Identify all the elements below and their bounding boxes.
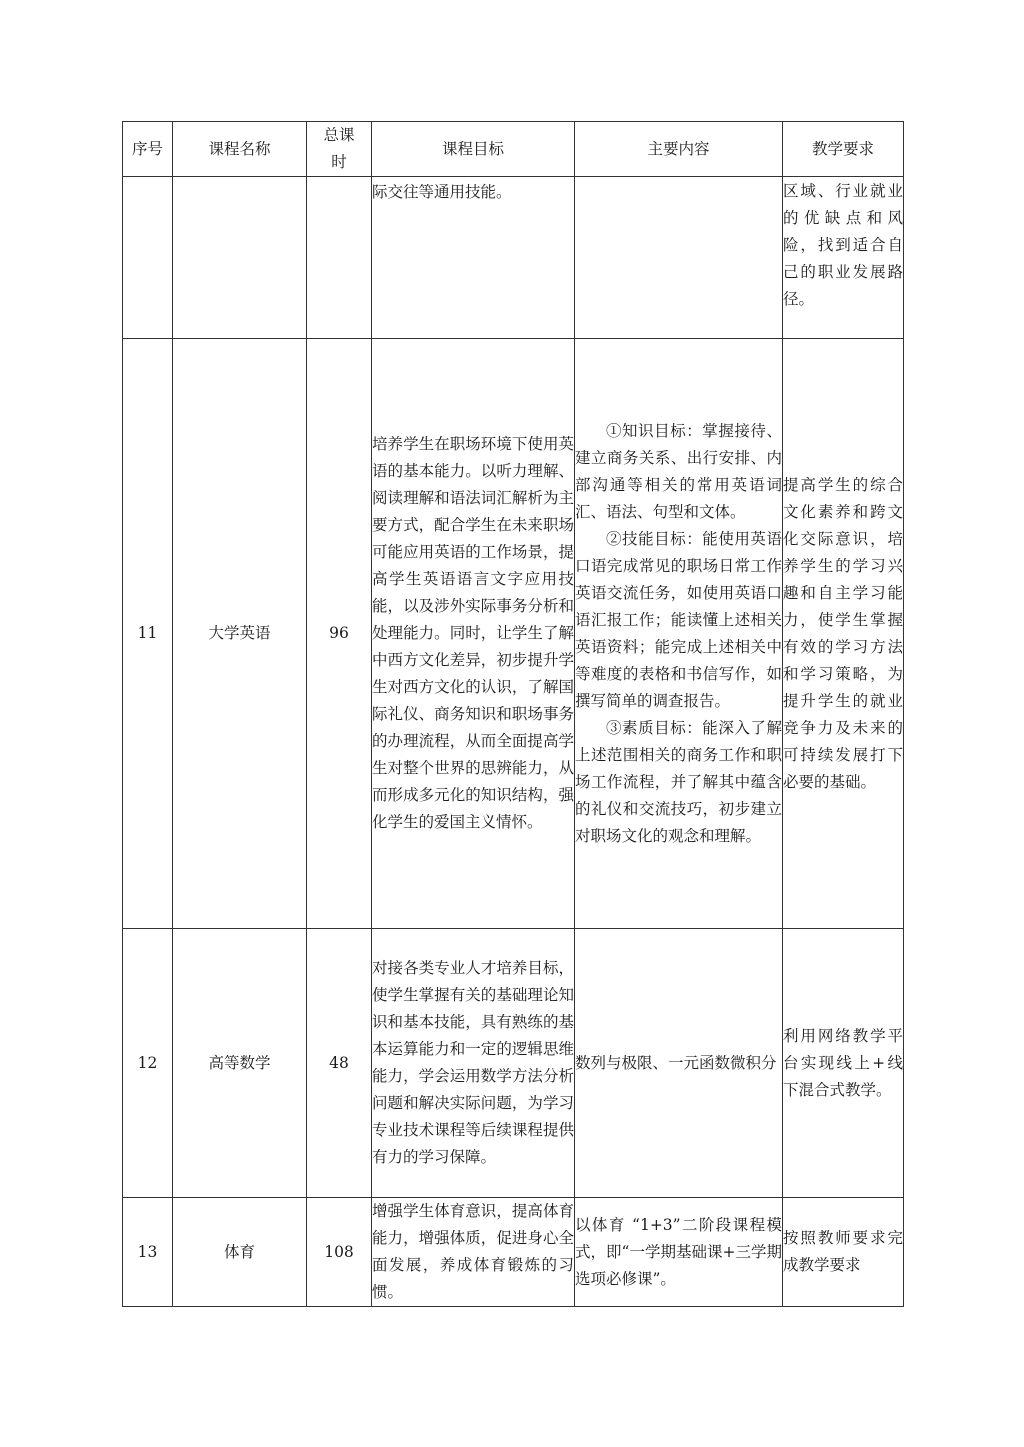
cell-requirement: 按照教师要求完成教学要求 [783,1198,904,1307]
cell-name: 体育 [173,1198,307,1307]
cell-content: 以体育 “1+3”二阶段课程模式，即“一学期基础课+三学期选项必修课”。 [575,1198,783,1307]
cell-content [575,177,783,339]
header-hours: 总课时 [307,122,372,177]
table-row: 12 高等数学 48 对接各类专业人才培养目标，使学生掌握有关的基础理论知识和基… [123,929,904,1198]
cell-requirement: 区域、行业就业的优缺点和风险，找到适合自己的职业发展路径。 [783,177,904,339]
cell-goal: 培养学生在职场环境下使用英语的基本能力。以听力理解、阅读理解和语法词汇解析为主要… [372,339,575,929]
cell-goal: 增强学生体育意识，提高体育能力，增强体质，促进身心全面发展，养成体育锻炼的习惯。 [372,1198,575,1307]
cell-hours: 108 [307,1198,372,1307]
cell-hours: 96 [307,339,372,929]
cell-goal: 际交往等通用技能。 [372,177,575,339]
cell-hours [307,177,372,339]
cell-name: 大学英语 [173,339,307,929]
content-paragraph-quality: ③素质目标：能深入了解上述范围相关的商务工作和职场工作流程，并了解其中蕴含的礼仪… [575,715,782,850]
content-paragraph-skill: ②技能目标：能使用英语口语完成常见的职场日常工作英语交流任务，如使用英语口语汇报… [575,526,782,715]
table-row: 11 大学英语 96 培养学生在职场环境下使用英语的基本能力。以听力理解、阅读理… [123,339,904,929]
cell-no: 11 [123,339,173,929]
table-row: 13 体育 108 增强学生体育意识，提高体育能力，增强体质，促进身心全面发展，… [123,1198,904,1307]
cell-content: 数列与极限、一元函数微积分 [575,929,783,1198]
course-table: 序号 课程名称 总课时 课程目标 主要内容 教学要求 际交往等通用技能。 区域、… [122,121,904,1307]
cell-requirement: 利用网络教学平台实现线上+线下混合式教学。 [783,929,904,1198]
cell-goal: 对接各类专业人才培养目标，使学生掌握有关的基础理论知识和基本技能，具有熟练的基本… [372,929,575,1198]
cell-name [173,177,307,339]
cell-requirement: 提高学生的综合文化素养和跨文化交际意识，培养学生的学习兴趣和自主学习能力，使学生… [783,339,904,929]
cell-content: ①知识目标：掌握接待、建立商务关系、出行安排、内部沟通等相关的常用英语词汇、语法… [575,339,783,929]
header-no: 序号 [123,122,173,177]
cell-hours: 48 [307,929,372,1198]
cell-name: 高等数学 [173,929,307,1198]
table-header-row: 序号 课程名称 总课时 课程目标 主要内容 教学要求 [123,122,904,177]
header-requirement: 教学要求 [783,122,904,177]
cell-no: 13 [123,1198,173,1307]
cell-no [123,177,173,339]
content-paragraph-knowledge: ①知识目标：掌握接待、建立商务关系、出行安排、内部沟通等相关的常用英语词汇、语法… [575,418,782,526]
header-name: 课程名称 [173,122,307,177]
cell-no: 12 [123,929,173,1198]
table-row-continuation: 际交往等通用技能。 区域、行业就业的优缺点和风险，找到适合自己的职业发展路径。 [123,177,904,339]
header-content: 主要内容 [575,122,783,177]
header-goal: 课程目标 [372,122,575,177]
